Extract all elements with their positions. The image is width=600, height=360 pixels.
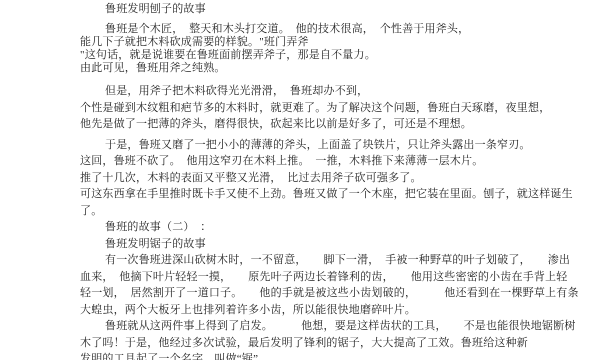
text-line: 木了吗！于是，他经过多次试验，最后发明了锋利的锯子，大大提高了工效。鲁班给这种新 — [80, 335, 600, 352]
text-line: "这句话，就是说谁要在鲁班面前摆弄斧子，那是自不量力。 — [80, 49, 600, 62]
story-title-line: 鲁班发明锯子的故事 — [105, 236, 600, 253]
text-line: 推了十几次，木料的表面又平整又光滑， 比过去用斧子砍可强多了。 — [80, 170, 600, 187]
text-line: 鲁班就从这两件事上得到了启发。 他想，要是这样齿状的工具， 不是也能很快地锯断树 — [105, 318, 600, 335]
text-line: 但是，用斧子把木料砍得光光滑滑， 鲁班却办不到， — [105, 83, 600, 100]
text-line: 发明的工具起了一个名字，叫做“锯” . — [80, 351, 600, 360]
text-line: 了。 — [80, 203, 600, 220]
document-page: 鲁班发明刨子的故事鲁班是个木匠， 整天和木头打交道。 他的技术很高， 个性善于用… — [0, 0, 600, 360]
text-line: 鲁班是个木匠， 整天和木头打交道。 他的技术很高， 个性善于用斧头， — [105, 23, 600, 36]
text-line: 这回，鲁班不砍了。 他用这窄刃在木料上推。 一推，木料推下来薄薄一层木片。 — [80, 153, 600, 170]
text-line: 于是，鲁班又磨了一把小小的薄薄的斧头，上面盖了块铁片，只让斧头露出一条窄刃。 — [105, 137, 600, 154]
text-line: 有一次鲁班进深山砍树木时，一不留意， 脚下一滑， 手被一种野草的叶子划破了， 渗… — [105, 252, 600, 269]
text-line: 轻一划， 居然割开了一道口子。 他的手就是被这些小齿划破的， 他还看到在一棵野草… — [80, 285, 600, 302]
text-line: 个性是碰到木纹粗和疤节多的木料时，就更难了。为了解决这个问题，鲁班白天琢磨，夜里… — [80, 100, 600, 117]
text-line: 可这东西拿在手里推时既卡手又使不上劲。鲁班又做了一个木座，把它装在里面。刨子，就… — [80, 186, 600, 203]
text-line: 他先是做了一把薄的斧头，磨得很快，砍起来比以前是好多了，可还是不理想。 — [80, 116, 600, 133]
text-line: 血来， 他摘下叶片轻轻一摸， 原先叶子两边长着锋利的齿， 他用这些密密的小齿在手… — [80, 269, 600, 286]
text-line: 能几下子就把木料砍成需要的样貌。"班门弄斧 — [80, 36, 600, 49]
text-line: 由此可见，鲁班用斧之纯熟。 — [80, 62, 600, 75]
text-line: 大蝗虫，两个大板牙上也排列着许多小齿，所以能很快地磨碎叶片。 — [80, 302, 600, 319]
section-heading-line: 鲁班的故事（二） ： — [105, 219, 600, 236]
story-title-line: 鲁班发明刨子的故事 — [105, 3, 600, 16]
